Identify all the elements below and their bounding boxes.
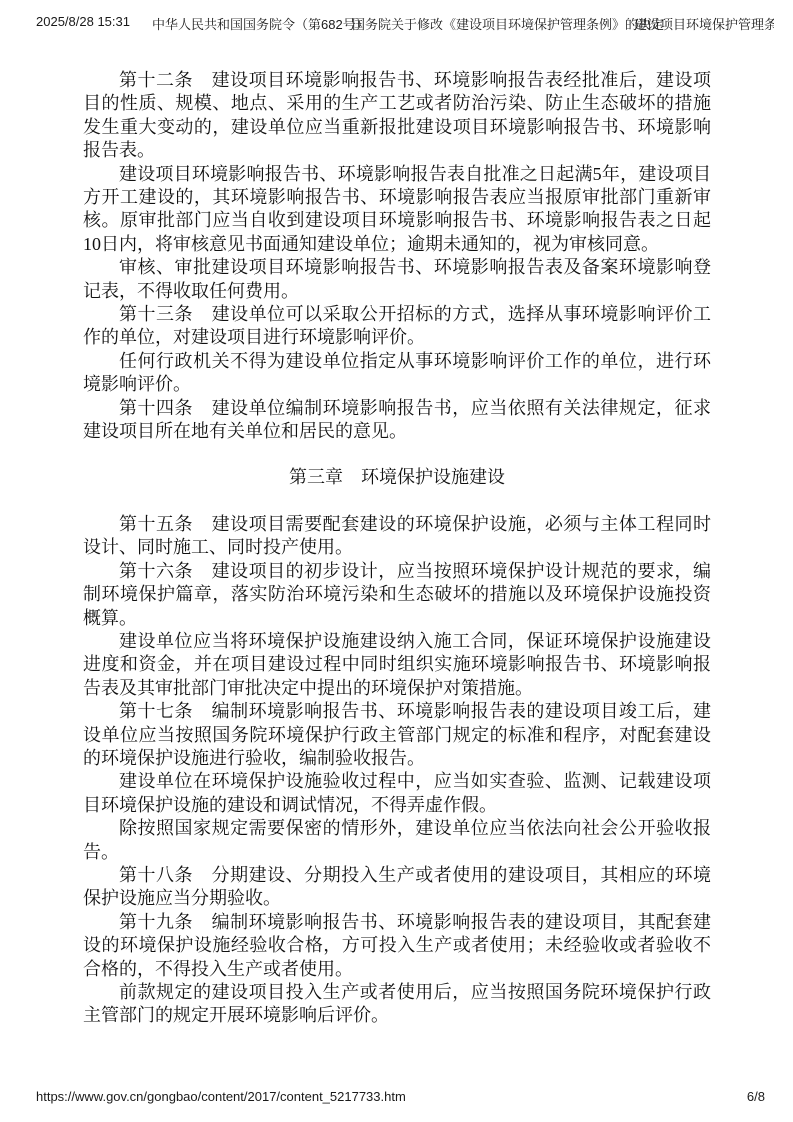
paragraph: 第十五条 建设项目需要配套建设的环境保护设施，必须与主体工程同时设计、同时施工、… [83, 513, 711, 560]
paragraph: 建设项目环境影响报告书、环境影响报告表自批准之日起满5年，建设项目方开工建设的，… [83, 163, 711, 257]
paragraph: 任何行政机关不得为建设单位指定从事环境影响评价工作的单位，进行环境影响评价。 [83, 350, 711, 397]
printed-page: 2025/8/28 15:31 中华人民共和国国务院令（第682号） 国务院关于… [0, 0, 793, 1122]
paragraph: 第十八条 分期建设、分期投入生产或者使用的建设项目，其相应的环境保护设施应当分期… [83, 864, 711, 911]
chapter-heading: 第三章 环境保护设施建设 [83, 466, 711, 489]
paragraph: 第十三条 建设单位可以采取公开招标的方式，选择从事环境影响评价工作的单位，对建设… [83, 303, 711, 350]
paragraph: 审核、审批建设项目环境影响报告书、环境影响报告表及备案环境影响登记表，不得收取任… [83, 256, 711, 303]
paragraph: 建设单位应当将环境保护设施建设纳入施工合同，保证环境保护设施建设进度和资金，并在… [83, 630, 711, 700]
paragraph: 第十二条 建设项目环境影响报告书、环境影响报告表经批准后，建设项目的性质、规模、… [83, 69, 711, 163]
print-header: 2025/8/28 15:31 中华人民共和国国务院令（第682号） 国务院关于… [0, 14, 793, 32]
paragraph: 前款规定的建设项目投入生产或者使用后，应当按照国务院环境保护行政主管部门的规定开… [83, 981, 711, 1028]
paragraph: 第十七条 编制环境影响报告书、环境影响报告表的建设项目竣工后，建设单位应当按照国… [83, 700, 711, 770]
header-doc-ref-decree: 中华人民共和国国务院令（第682号） [152, 14, 369, 33]
paragraph: 第十四条 建设单位编制环境影响报告书，应当依照有关法律规定，征求建设项目所在地有… [83, 397, 711, 444]
print-footer: https://www.gov.cn/gongbao/content/2017/… [0, 1089, 793, 1107]
document-page: 第十二条 建设项目环境影响报告书、环境影响报告表经批准后，建设项目的性质、规模、… [83, 69, 711, 1028]
paragraph: 第十九条 编制环境影响报告书、环境影响报告表的建设项目，其配套建设的环境保护设施… [83, 911, 711, 981]
header-doc-ref-decision: 国务院关于修改《建设项目环境保护管理条例》的决定 [352, 14, 664, 33]
paragraph: 第十六条 建设项目的初步设计，应当按照环境保护设计规范的要求，编制环境保护篇章，… [83, 560, 711, 630]
paragraph: 建设单位在环境保护设施验收过程中，应当如实查验、监测、记载建设项目环境保护设施的… [83, 770, 711, 817]
source-url: https://www.gov.cn/gongbao/content/2017/… [36, 1089, 406, 1104]
paragraph: 除按照国家规定需要保密的情形外，建设单位应当依法向社会公开验收报告。 [83, 817, 711, 864]
print-datetime: 2025/8/28 15:31 [36, 14, 130, 29]
page-number-indicator: 6/8 [747, 1089, 765, 1104]
header-doc-ref-title-truncated: 建设项目环境保护管理条... [634, 14, 774, 33]
